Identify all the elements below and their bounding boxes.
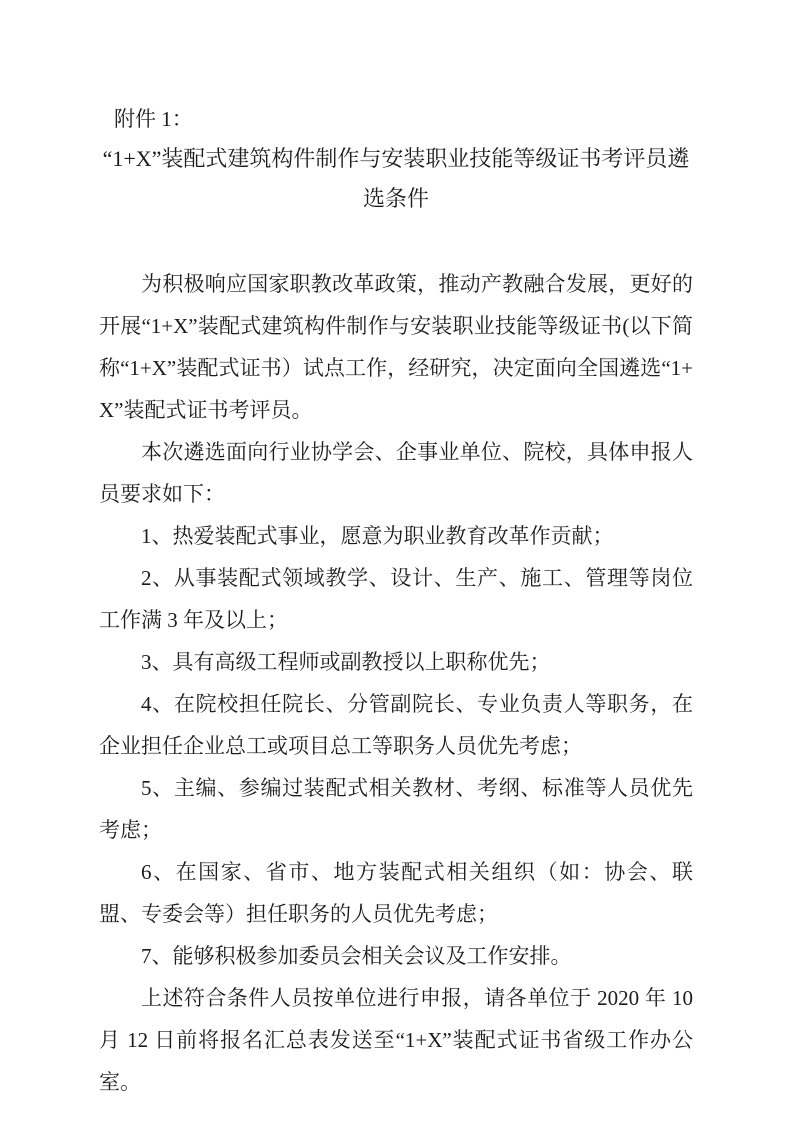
para-scope: 本次遴选面向行业协学会、企事业单位、院校，具体申报人员要求如下： bbox=[99, 431, 693, 515]
document-title: “1+X”装配式建筑构件制作与安装职业技能等级证书考评员遴选条件 bbox=[99, 139, 693, 219]
para-intro: 为积极响应国家职教改革政策，推动产教融合发展，更好的开展“1+X”装配式建筑构件… bbox=[99, 263, 693, 431]
requirement-5: 5、主编、参编过装配式相关教材、考纲、标准等人员优先考虑； bbox=[99, 767, 693, 851]
attachment-label: 附件 1： bbox=[99, 99, 693, 139]
requirement-6: 6、在国家、省市、地方装配式相关组织（如：协会、联盟、专委会等）担任职务的人员优… bbox=[99, 851, 693, 935]
requirement-3: 3、具有高级工程师或副教授以上职称优先； bbox=[99, 641, 693, 683]
para-application: 上述符合条件人员按单位进行申报，请各单位于 2020 年 10 月 12 日前将… bbox=[99, 977, 693, 1103]
document-page: 附件 1： “1+X”装配式建筑构件制作与安装职业技能等级证书考评员遴选条件 为… bbox=[0, 0, 793, 1122]
requirement-2: 2、从事装配式领域教学、设计、生产、施工、管理等岗位工作满 3 年及以上； bbox=[99, 557, 693, 641]
requirement-1: 1、热爱装配式事业，愿意为职业教育改革作贡献； bbox=[99, 515, 693, 557]
requirement-4: 4、在院校担任院长、分管副院长、专业负责人等职务，在企业担任企业总工或项目总工等… bbox=[99, 683, 693, 767]
document-body: 为积极响应国家职教改革政策，推动产教融合发展，更好的开展“1+X”装配式建筑构件… bbox=[99, 263, 693, 1103]
requirement-7: 7、能够积极参加委员会相关会议及工作安排。 bbox=[99, 935, 693, 977]
document-content: 附件 1： “1+X”装配式建筑构件制作与安装职业技能等级证书考评员遴选条件 为… bbox=[99, 99, 693, 1103]
